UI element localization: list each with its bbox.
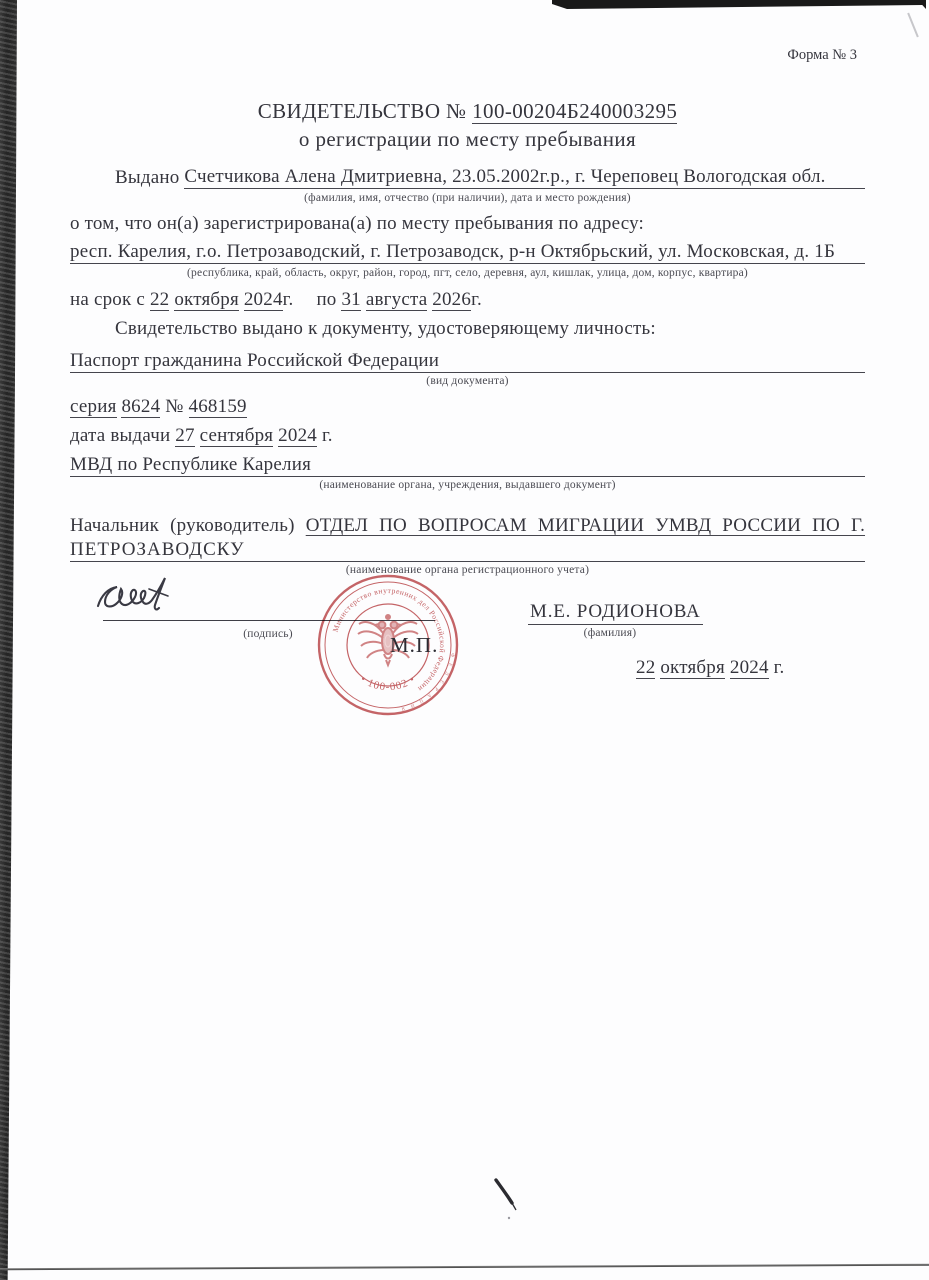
mvd-round-stamp-icon: Ф Е Д Е Р А Ц И Я Министерство внутренни… — [313, 570, 463, 720]
scan-edge-bottom — [0, 1264, 929, 1271]
issuer-caption: (наименование органа, учреждения, выдавш… — [70, 479, 865, 491]
issued-value: Счетчикова Алена Дмитриевна, 23.05.2002г… — [184, 166, 865, 189]
certificate-title: СВИДЕТЕЛЬСТВО № 100-00204Б240003295 — [70, 99, 865, 124]
issue-date-label: дата выдачи — [70, 425, 170, 446]
issued-label: Выдано — [115, 167, 184, 189]
period-from-year: 2024 — [244, 289, 283, 311]
period-from-suffix: г. — [283, 289, 294, 310]
officer-name: М.Е. РОДИОНОВА — [528, 601, 703, 625]
period-to-day: 31 — [341, 289, 360, 311]
registration-certificate-scan: Форма № 3 СВИДЕТЕЛЬСТВО № 100-00204Б2400… — [0, 0, 929, 1280]
period-to-month: августа — [366, 289, 428, 311]
svg-text:• 100-002 •: • 100-002 • — [358, 673, 418, 693]
officer-name-caption: (фамилия) — [545, 627, 675, 639]
document-type-caption: (вид документа) — [70, 375, 865, 387]
ink-mark — [488, 1172, 528, 1227]
scan-edge-left — [0, 0, 17, 1280]
certificate-subtitle: о регистрации по месту пребывания — [70, 127, 865, 152]
series-line: серия 8624 № 468159 — [70, 396, 247, 418]
officer-org-line1: Начальник (руководитель) ОТДЕЛ ПО ВОПРОС… — [70, 515, 865, 537]
cert-date-day: 22 — [636, 657, 655, 679]
cert-date-year: 2024 — [730, 657, 769, 679]
address-caption: (республика, край, область, округ, район… — [70, 267, 865, 279]
scan-corner-mark — [907, 13, 919, 38]
document-type-line: Паспорт гражданина Российской Федерации — [70, 350, 865, 373]
form-number: Форма № 3 — [787, 47, 857, 64]
issued-line: Выдано Счетчикова Алена Дмитриевна, 23.0… — [115, 166, 865, 189]
period-prefix: на срок с — [70, 289, 145, 310]
issued-caption: (фамилия, имя, отчество (при наличии), д… — [70, 192, 865, 204]
issue-month: сентября — [200, 425, 274, 447]
issue-year: 2024 — [278, 425, 317, 447]
certificate-number: 100-00204Б240003295 — [472, 99, 677, 124]
mp-seal-label: М.П. — [390, 633, 438, 658]
officer-org-name-1: ОТДЕЛ ПО ВОПРОСАМ МИГРАЦИИ УМВД РОССИИ П… — [306, 515, 865, 536]
officer-org-name-2: ПЕТРОЗАВОДСКУ — [70, 539, 865, 562]
address-line: респ. Карелия, г.о. Петрозаводский, г. П… — [70, 241, 865, 264]
issuer-line: МВД по Республике Карелия — [70, 454, 865, 477]
identity-intro: Свидетельство выдано к документу, удосто… — [115, 318, 656, 340]
period-line: на срок с 22 октября 2024г. по 31 август… — [70, 289, 482, 311]
issue-day: 27 — [175, 425, 194, 447]
series-label: серия — [70, 396, 117, 418]
officer-org-caption: (наименование органа регистрационного уч… — [70, 564, 865, 576]
title-prefix: СВИДЕТЕЛЬСТВО № — [258, 99, 472, 123]
doc-issue-date-line: дата выдачи 27 сентября 2024 г. — [70, 425, 333, 447]
series-value: 8624 — [121, 396, 160, 418]
number-value: 468159 — [189, 396, 247, 418]
period-from-day: 22 — [150, 289, 169, 311]
period-to-year: 2026 — [432, 289, 471, 311]
period-from-month: октября — [174, 289, 239, 311]
period-to-suffix: г. — [471, 289, 482, 310]
registered-statement: о том, что он(а) зарегистрирована(а) по … — [70, 213, 644, 235]
stamp-number: • 100-002 • — [358, 673, 418, 693]
period-to-label: по — [316, 289, 336, 310]
scan-edge-top — [552, 0, 926, 9]
issue-suffix: г. — [322, 425, 333, 446]
number-sign: № — [165, 396, 183, 417]
cert-date-month: октября — [660, 657, 725, 679]
handwritten-signature — [92, 576, 192, 626]
officer-label: Начальник (руководитель) — [70, 515, 295, 536]
cert-date-suffix: г. — [774, 657, 785, 678]
certificate-date: 22 октября 2024 г. — [636, 657, 784, 679]
